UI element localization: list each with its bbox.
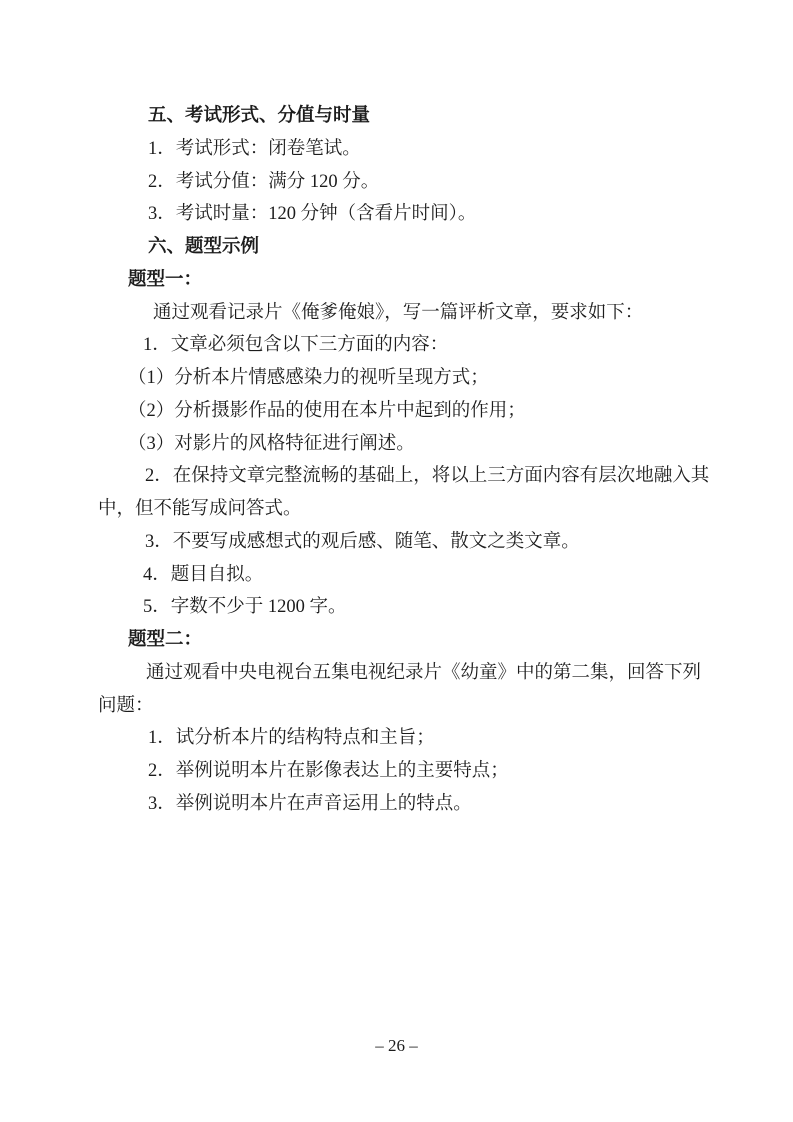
type-2-question-1: 1．试分析本片的结构特点和主旨； — [98, 722, 698, 755]
document-body: 五、考试形式、分值与时量 1．考试形式：闭卷笔试。 2．考试分值：满分 120 … — [98, 100, 698, 821]
type-1-requirement-1c: （3）对影片的风格特征进行阐述。 — [98, 428, 698, 461]
type-1-requirement-4: 4．题目自拟。 — [98, 559, 698, 592]
question-type-1-label: 题型一： — [98, 264, 698, 297]
section-5-item-2: 2．考试分值：满分 120 分。 — [98, 166, 698, 199]
type-1-requirement-1: 1．文章必须包含以下三方面的内容： — [98, 329, 698, 362]
type-1-requirement-2: 2．在保持文章完整流畅的基础上，将以上三方面内容有层次地融入其 中，但不能写成问… — [98, 460, 698, 526]
type-1-requirement-5: 5．字数不少于 1200 字。 — [98, 591, 698, 624]
question-type-1-intro: 通过观看记录片《俺爹俺娘》，写一篇评析文章，要求如下： — [98, 297, 698, 330]
section-5-item-1: 1．考试形式：闭卷笔试。 — [98, 133, 698, 166]
type-2-question-2: 2．举例说明本片在影像表达上的主要特点； — [98, 755, 698, 788]
type-1-requirement-3: 3．不要写成感想式的观后感、随笔、散文之类文章。 — [98, 526, 698, 559]
section-5-item-3: 3．考试时量：120 分钟（含看片时间）。 — [98, 198, 698, 231]
section-6-heading: 六、题型示例 — [98, 231, 698, 264]
type-1-requirement-1b: （2）分析摄影作品的使用在本片中起到的作用； — [98, 395, 698, 428]
question-type-2-intro: 通过观看中央电视台五集电视纪录片《幼童》中的第二集，回答下列 问题： — [98, 657, 698, 723]
section-5-heading: 五、考试形式、分值与时量 — [98, 100, 698, 133]
page-number: – 26 – — [0, 1036, 793, 1056]
type-1-requirement-1a: （1）分析本片情感感染力的视听呈现方式； — [98, 362, 698, 395]
type-2-question-3: 3．举例说明本片在声音运用上的特点。 — [98, 788, 698, 821]
document-page: 五、考试形式、分值与时量 1．考试形式：闭卷笔试。 2．考试分值：满分 120 … — [0, 0, 793, 1122]
question-type-2-label: 题型二： — [98, 624, 698, 657]
